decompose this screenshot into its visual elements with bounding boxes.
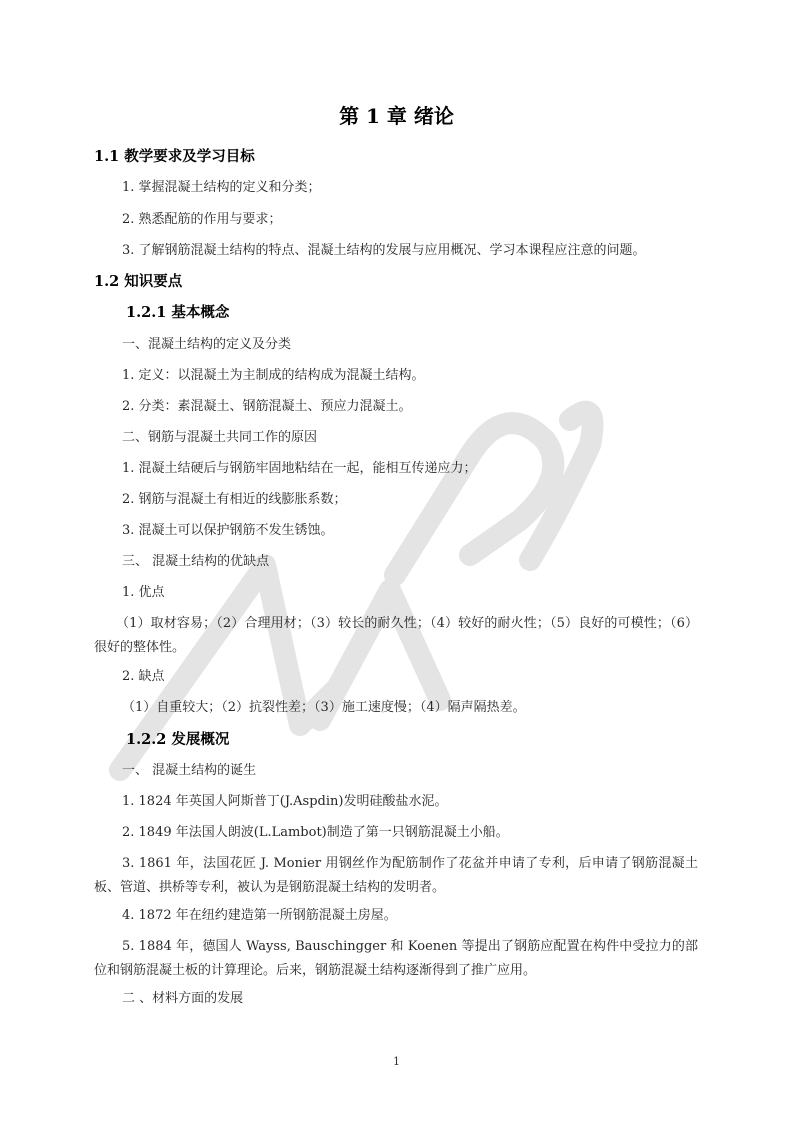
part-title: 一、混凝土结构的定义及分类: [122, 337, 291, 353]
disadvantages-paragraph: （1）自重较大；（2）抗裂性差；（3）施工速度慢；（4）隔声隔热差。: [122, 700, 526, 716]
list-item: 2. 1849 年法国人朗波(L.Lambot)制造了第一只钢筋混凝土小船。: [122, 825, 509, 841]
chapter-title: 第 1 章 绪论: [0, 104, 793, 128]
part-title: 二、钢筋与混凝土共同工作的原因: [122, 430, 317, 446]
list-item: 4. 1872 年在纽约建造第一所钢筋混凝土房屋。: [122, 908, 397, 924]
list-item: 2. 钢筋与混凝土有相近的线膨胀系数；: [122, 492, 347, 508]
list-item: 1. 1824 年英国人阿斯普丁(J.Aspdin)发明硅酸盐水泥。: [122, 794, 447, 810]
subsection-heading-1-2-2: 1.2.2 发展概况: [126, 731, 229, 749]
list-item: 2. 分类：素混凝土、钢筋混凝土、预应力混凝土。: [122, 399, 412, 415]
list-item: 2. 熟悉配筋的作用与要求；: [122, 212, 282, 228]
list-item: 3. 混凝土可以保护钢筋不发生锈蚀。: [122, 523, 334, 539]
list-item: 1. 混凝土结硬后与钢筋牢固地粘结在一起，能相互传递应力；: [122, 461, 477, 477]
document-page: 第 1 章 绪论 1.1 教学要求及学习目标 1. 掌握混凝土结构的定义和分类；…: [0, 0, 793, 1122]
part-title: 三、 混凝土结构的优缺点: [122, 554, 269, 570]
part-title: 一、 混凝土结构的诞生: [122, 763, 256, 779]
list-item: 5. 1884 年，德国人 Wayss, Bauschingger 和 Koen…: [94, 935, 698, 983]
part-title: 二 、材料方面的发展: [122, 991, 243, 1007]
subsection-heading-1-2-1: 1.2.1 基本概念: [126, 304, 229, 322]
list-item: 3. 了解钢筋混凝土结构的特点、混凝土结构的发展与应用概况、学习本课程应注意的问…: [122, 243, 646, 259]
section-heading-1-2: 1.2 知识要点: [94, 273, 182, 291]
document-content: 第 1 章 绪论 1.1 教学要求及学习目标 1. 掌握混凝土结构的定义和分类；…: [0, 0, 793, 1122]
section-heading-1-1: 1.1 教学要求及学习目标: [94, 148, 255, 166]
list-item: 1. 定义：以混凝土为主制成的结构成为混凝土结构。: [122, 368, 425, 384]
advantages-paragraph: （1）取材容易；（2）合理用材；（3）较长的耐久性；（4）较好的耐火性；（5）良…: [94, 612, 698, 660]
disadvantages-label: 2. 缺点: [122, 669, 165, 685]
page-number: 1: [0, 1055, 793, 1069]
advantages-label: 1. 优点: [122, 585, 165, 601]
list-item: 3. 1861 年，法国花匠 J. Monier 用钢丝作为配筋制作了花盆并申请…: [94, 852, 698, 900]
list-item: 1. 掌握混凝土结构的定义和分类；: [122, 180, 321, 196]
